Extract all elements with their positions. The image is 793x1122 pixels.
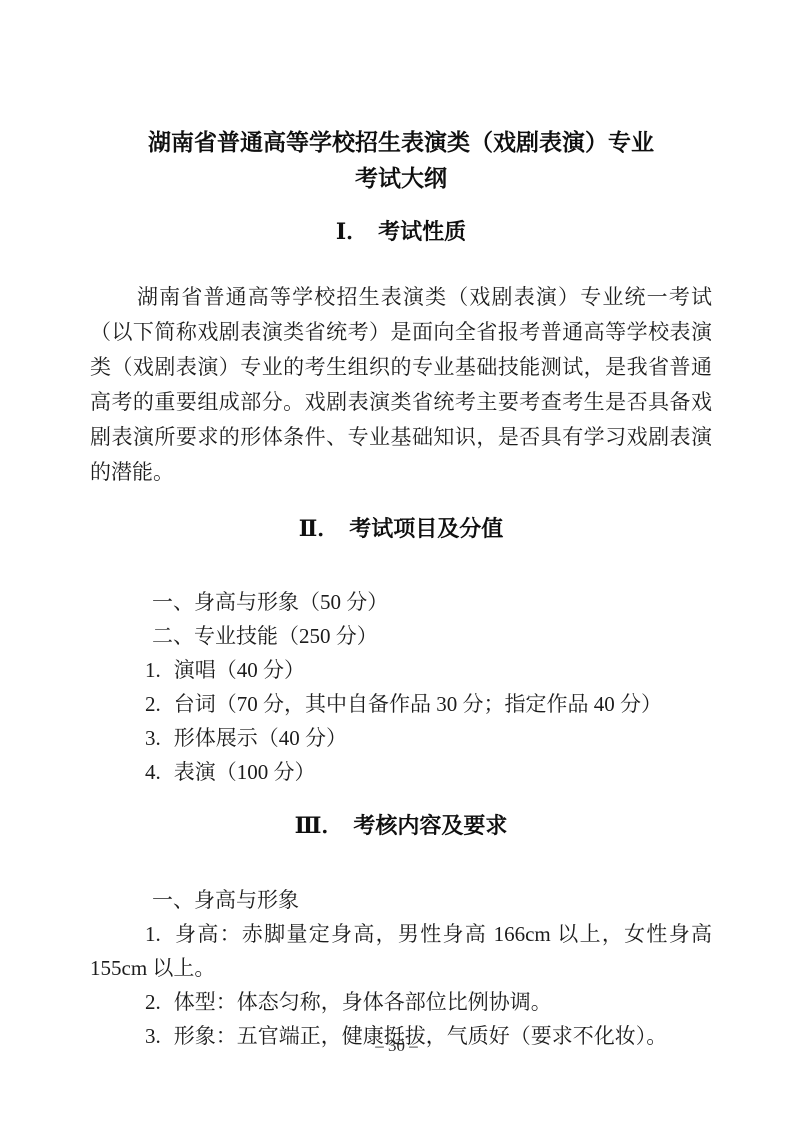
item-number: 1. xyxy=(145,658,161,682)
section-title: 考试项目及分值 xyxy=(349,516,503,541)
list-item: 2.体型：体态匀称，身体各部位比例协调。 xyxy=(90,985,712,1019)
title-line-2: 考试大纲 xyxy=(90,160,712,196)
item-number: 二、 xyxy=(152,624,194,648)
list-item: 3.形体展示（40 分） xyxy=(90,721,712,755)
section-numeral: Ⅲ． xyxy=(295,813,344,838)
item-text: 体型：体态匀称，身体各部位比例协调。 xyxy=(174,990,552,1014)
list-item: 4.表演（100 分） xyxy=(90,755,712,789)
section-numeral: Ⅰ． xyxy=(336,219,368,244)
document-page: 湖南省普通高等学校招生表演类（戏剧表演）专业 考试大纲 Ⅰ．考试性质 湖南省普通… xyxy=(0,0,793,1122)
title-line-1: 湖南省普通高等学校招生表演类（戏剧表演）专业 xyxy=(90,124,712,160)
section-heading-exam-nature: Ⅰ．考试性质 xyxy=(90,214,712,250)
item-text: 台词（70 分，其中自备作品 30 分；指定作品 40 分） xyxy=(174,692,662,716)
exam-items-list: 一、身高与形象（50 分） 二、专业技能（250 分） 1.演唱（40 分） 2… xyxy=(90,585,712,789)
item-number: 1. xyxy=(145,922,161,946)
section-heading-exam-items: Ⅱ．考试项目及分值 xyxy=(90,511,712,547)
intro-paragraph: 湖南省普通高等学校招生表演类（戏剧表演）专业统一考试（以下简称戏剧表演类省统考）… xyxy=(90,280,712,490)
list-item: 二、专业技能（250 分） xyxy=(90,619,712,653)
list-item: 2.台词（70 分，其中自备作品 30 分；指定作品 40 分） xyxy=(90,687,712,721)
page-title: 湖南省普通高等学校招生表演类（戏剧表演）专业 考试大纲 xyxy=(90,0,712,196)
footer-page-number: – 30 – xyxy=(0,1036,793,1056)
item-number: 2. xyxy=(145,990,161,1014)
assessment-items-list: 1.身高：赤脚量定身高，男性身高 166cm 以上，女性身高 155cm 以上。… xyxy=(90,917,712,1053)
item-number: 3. xyxy=(145,726,161,750)
item-text: 表演（100 分） xyxy=(174,760,316,784)
item-number: 一、 xyxy=(152,590,194,614)
section-numeral: Ⅱ． xyxy=(299,516,340,541)
section-title: 考核内容及要求 xyxy=(353,813,507,838)
item-text: 身高：赤脚量定身高，男性身高 166cm 以上，女性身高 155cm 以上。 xyxy=(90,922,712,980)
item-text: 身高与形象（50 分） xyxy=(194,590,388,614)
item-number: 2. xyxy=(145,692,161,716)
item-text: 专业技能（250 分） xyxy=(194,624,378,648)
list-item: 1.身高：赤脚量定身高，男性身高 166cm 以上，女性身高 155cm 以上。 xyxy=(90,917,712,985)
list-item: 一、身高与形象（50 分） xyxy=(90,585,712,619)
item-text: 演唱（40 分） xyxy=(174,658,305,682)
subsection-heading: 一、身高与形象 xyxy=(90,883,712,917)
section-title: 考试性质 xyxy=(378,219,466,244)
section-heading-assessment-content: Ⅲ．考核内容及要求 xyxy=(90,808,712,844)
item-number: 4. xyxy=(145,760,161,784)
item-text: 形体展示（40 分） xyxy=(174,726,347,750)
list-item: 1.演唱（40 分） xyxy=(90,653,712,687)
